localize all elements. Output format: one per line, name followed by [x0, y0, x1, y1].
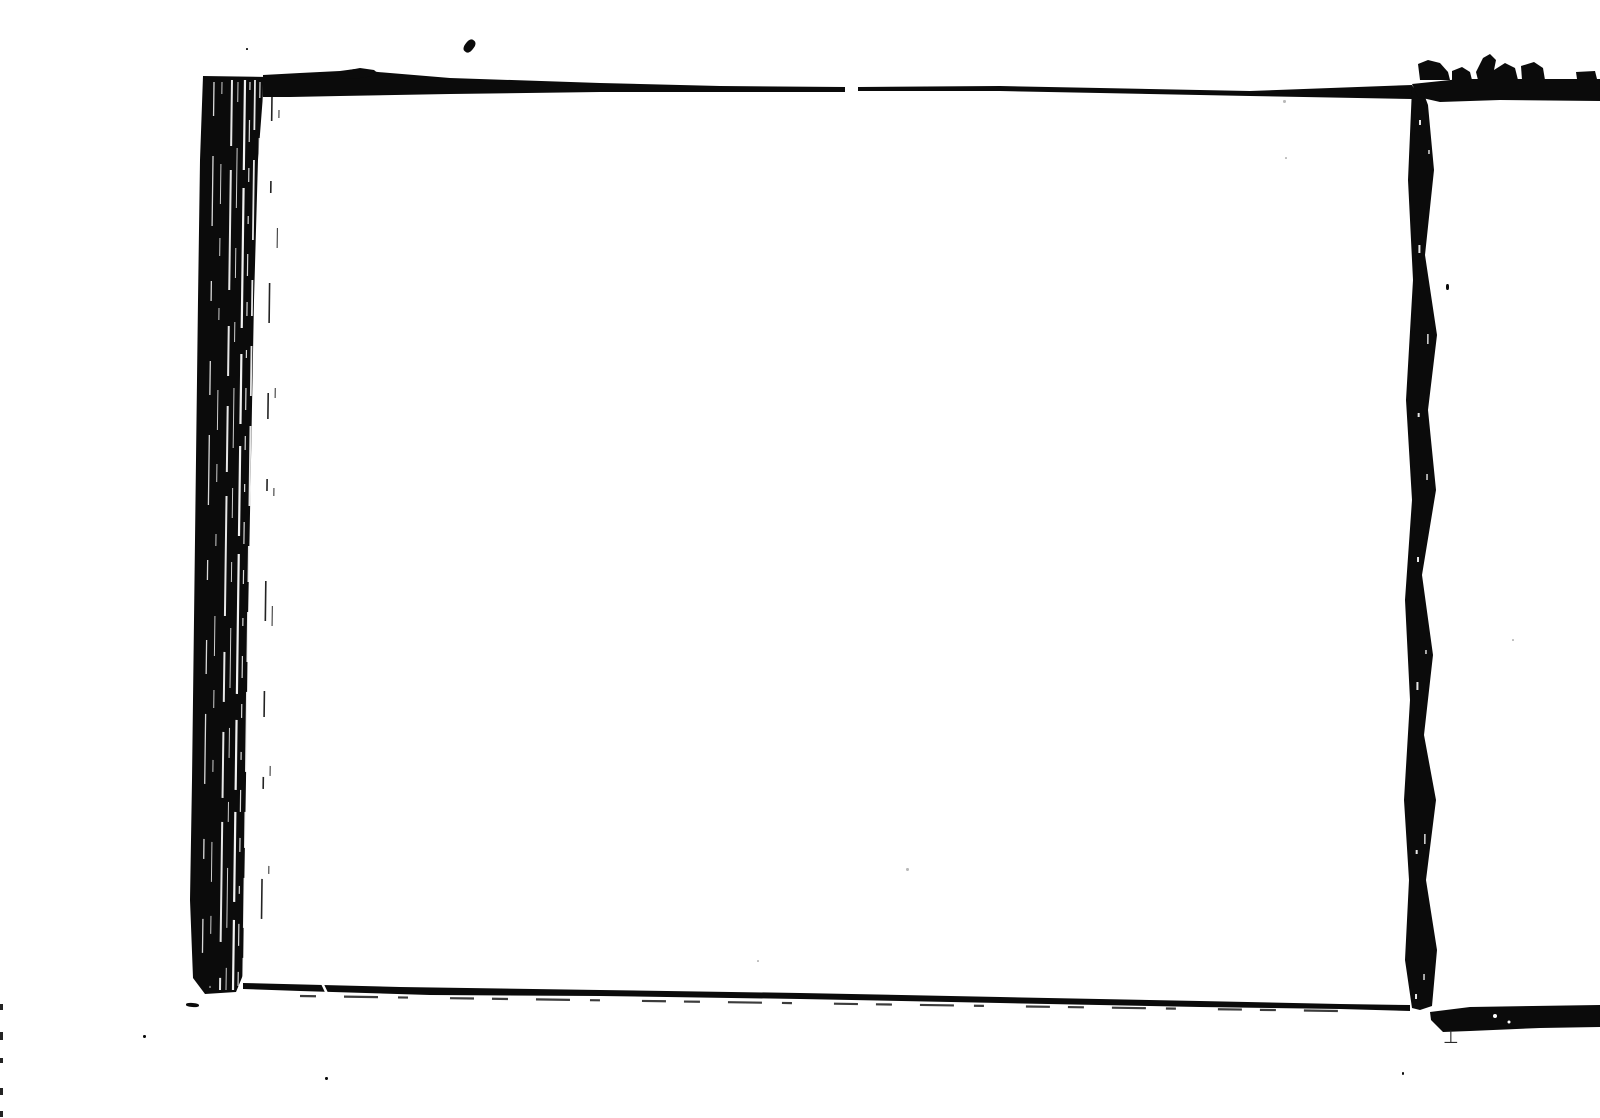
faint-dot	[1512, 639, 1514, 641]
registration-mark: ⊥	[1443, 1029, 1459, 1047]
margin-dot	[143, 1035, 146, 1038]
margin-dot	[325, 1077, 328, 1080]
faint-dot	[906, 868, 909, 871]
gutter-speck	[1446, 284, 1449, 290]
ink-specks-layer	[0, 0, 1600, 1118]
gutter-speck	[1402, 1072, 1404, 1075]
scanned-book-spread: ⊥	[0, 0, 1600, 1118]
pin-dot	[246, 48, 248, 50]
faint-dot	[1285, 157, 1287, 159]
faint-dot	[1283, 100, 1286, 103]
corner-dash	[186, 1003, 199, 1008]
comma-speck	[462, 38, 478, 55]
faint-dot	[757, 960, 759, 962]
